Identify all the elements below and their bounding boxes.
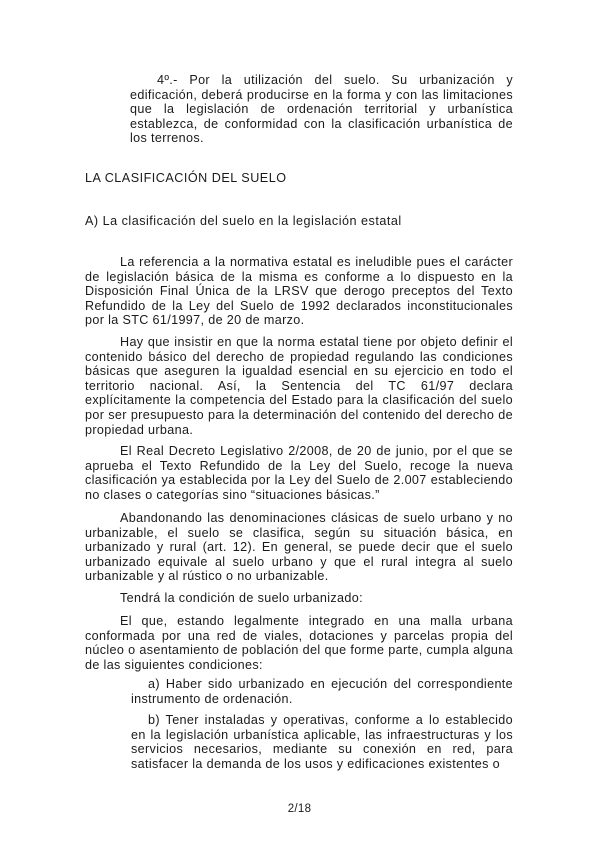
list-item-b: b) Tener instaladas y operativas, confor… [131, 713, 513, 771]
list-item-a: a) Haber sido urbanizado en ejecución de… [131, 677, 513, 706]
paragraph-malla-urbana: El que, estando legalmente integrado en … [85, 614, 513, 672]
subsection-heading: A) La clasificación del suelo en la legi… [85, 214, 402, 229]
paragraph-normativa-estatal: La referencia a la normativa estatal es … [85, 255, 513, 328]
document-page: 4º.- Por la utilización del suelo. Su ur… [0, 0, 599, 848]
paragraph-denominaciones: Abandonando las denominaciones clásicas … [85, 511, 513, 584]
intro-paragraph: 4º.- Por la utilización del suelo. Su ur… [130, 73, 513, 146]
page-number: 2/18 [0, 803, 599, 815]
paragraph-condicion-urbanizado: Tendrá la condición de suelo urbanizado: [85, 591, 513, 606]
paragraph-real-decreto: El Real Decreto Legislativo 2/2008, de 2… [85, 444, 513, 502]
section-heading: LA CLASIFICACIÓN DEL SUELO [85, 171, 287, 186]
paragraph-norma-estatal-objeto: Hay que insistir en que la norma estatal… [85, 335, 513, 437]
